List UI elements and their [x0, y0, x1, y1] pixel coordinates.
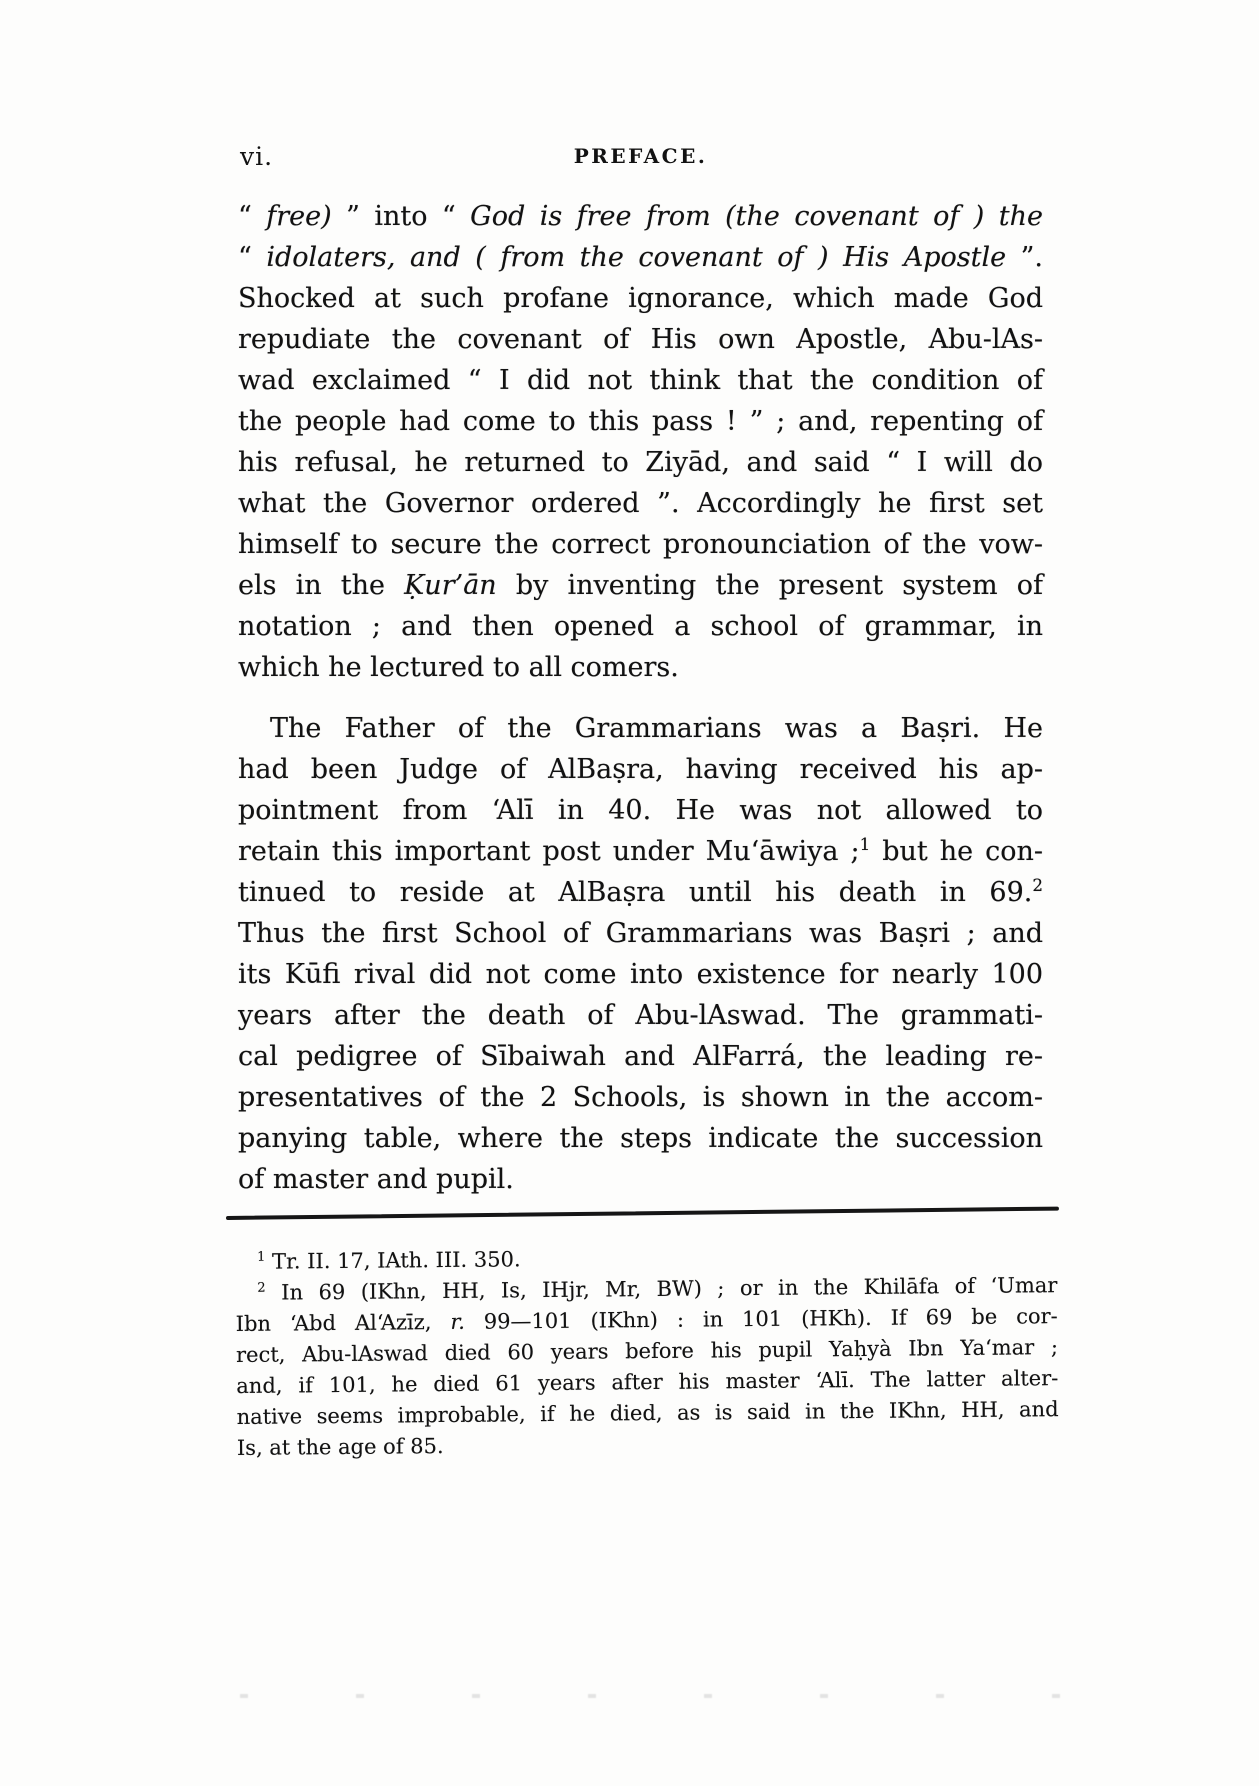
text-segment: free): [266, 201, 331, 232]
text-line: the people had come to this pass ! ” ; a…: [238, 401, 1043, 442]
text-line: Thus the first School of Grammarians was…: [238, 913, 1043, 954]
text-line: tinued to reside at AlBaṣra until his de…: [238, 872, 1043, 913]
footnote-reference: 2: [1032, 875, 1043, 895]
text-segment: panying table, where the steps indicate …: [238, 1123, 1043, 1154]
text-segment: els in the: [238, 570, 404, 601]
text-line: its Kūfi rival did not come into existen…: [238, 954, 1043, 995]
text-line: els in the Ḳur’ān by inventing the prese…: [238, 565, 1043, 606]
text-segment: 99—101 (IKhn) : in 101 (HKh). If 69 be c…: [465, 1304, 1058, 1334]
text-segment: native seems improbable, if he died, as …: [237, 1397, 1059, 1429]
text-segment: which he lectured to all comers.: [238, 652, 679, 683]
text-segment: notation ; and then opened a school of g…: [238, 611, 1043, 642]
text-line: Shocked at such profane ignorance, which…: [238, 278, 1043, 319]
text-segment: The Father of the Grammarians was a Baṣr…: [270, 713, 1043, 744]
text-segment: and, if 101, he died 61 years after his …: [236, 1366, 1058, 1398]
text-line: panying table, where the steps indicate …: [238, 1118, 1043, 1159]
text-segment: wad exclaimed “ I did not think that the…: [238, 365, 1043, 396]
bleed-through-artifact: [240, 1694, 1165, 1698]
text-line: Is, at the age of 85.: [237, 1425, 1059, 1464]
text-line: pointment from ‘Alī in 40. He was not al…: [238, 790, 1043, 831]
text-segment: its Kūfi rival did not come into existen…: [238, 959, 1043, 990]
text-line: “ free) ” into “ God is free from (the c…: [238, 196, 1043, 237]
text-segment: Thus the first School of Grammarians was…: [238, 918, 1043, 949]
text-line: which he lectured to all comers.: [238, 647, 1043, 688]
text-line: retain this important post under Mu‘āwiy…: [238, 831, 1043, 872]
footnotes: 1 Tr. II. 17, IAth. III. 350.2 In 69 (IK…: [235, 1239, 1059, 1464]
text-segment: rect, Abu-lAswad died 60 years before hi…: [236, 1335, 1058, 1367]
text-line: The Father of the Grammarians was a Baṣr…: [238, 708, 1043, 749]
paragraph: The Father of the Grammarians was a Baṣr…: [238, 708, 1043, 1200]
text-segment: of master and pupil.: [238, 1164, 514, 1195]
text-segment: ” into “: [332, 201, 471, 232]
text-segment: idolaters, and ( from the covenant of ) …: [266, 242, 1006, 273]
text-segment: presentatives of the 2 Schools, is shown…: [238, 1082, 1043, 1113]
text-line: had been Judge of AlBaṣra, having receiv…: [238, 749, 1043, 790]
text-segment: but he con-: [870, 836, 1043, 867]
text-segment: cal pedigree of Sībaiwah and AlFarrá, th…: [238, 1041, 1043, 1072]
text-segment: retain this important post under Mu‘āwiy…: [238, 836, 860, 867]
text-segment: had been Judge of AlBaṣra, having receiv…: [238, 754, 1043, 785]
text-line: what the Governor ordered ”. Accordingly…: [238, 483, 1043, 524]
text-segment: God is free from (the covenant of ) the: [470, 201, 1043, 232]
text-segment: Shocked at such profane ignorance, which…: [238, 283, 1043, 314]
text-line: cal pedigree of Sībaiwah and AlFarrá, th…: [238, 1036, 1043, 1077]
text-line: years after the death of Abu-lAswad. The…: [238, 995, 1043, 1036]
footnote-reference: 1: [860, 834, 871, 854]
text-segment: by inventing the present system of: [497, 570, 1043, 601]
scanned-book-page: vi. PREFACE. “ free) ” into “ God is fre…: [0, 0, 1259, 1786]
text-line: of master and pupil.: [238, 1159, 1043, 1200]
text-segment: the people had come to this pass ! ” ; a…: [238, 406, 1043, 437]
text-segment: “: [238, 201, 266, 232]
text-line: notation ; and then opened a school of g…: [238, 606, 1043, 647]
text-segment: “: [238, 242, 266, 273]
text-segment: In 69 (IKhn, HH, Is, IHjr, Mr, BW) ; or …: [266, 1273, 1058, 1305]
text-segment: Tr. II. 17, IAth. III. 350.: [265, 1247, 520, 1273]
text-line: presentatives of the 2 Schools, is shown…: [238, 1077, 1043, 1118]
text-segment: r.: [450, 1310, 465, 1334]
text-segment: what the Governor ordered ”. Accordingly…: [238, 488, 1043, 519]
text-line: himself to secure the correct pronouncia…: [238, 524, 1043, 565]
text-segment: himself to secure the correct pronouncia…: [238, 529, 1043, 560]
page-header: vi. PREFACE.: [238, 140, 1043, 172]
text-segment: Is, at the age of 85.: [237, 1434, 444, 1460]
text-line: “ idolaters, and ( from the covenant of …: [238, 237, 1043, 278]
body-text: “ free) ” into “ God is free from (the c…: [238, 196, 1043, 1200]
text-segment: years after the death of Abu-lAswad. The…: [238, 1000, 1043, 1031]
paragraph: 2 In 69 (IKhn, HH, Is, IHjr, Mr, BW) ; o…: [235, 1270, 1059, 1464]
text-segment: Ibn ‘Abd Al‘Azīz,: [236, 1310, 451, 1336]
text-line: repudiate the covenant of His own Apostl…: [238, 319, 1043, 360]
text-segment: ”.: [1006, 242, 1043, 273]
footnote-separator-rule: [226, 1207, 1059, 1220]
text-segment: repudiate the covenant of His own Apostl…: [238, 324, 1043, 355]
paragraph: “ free) ” into “ God is free from (the c…: [238, 196, 1043, 688]
text-segment: tinued to reside at AlBaṣra until his de…: [238, 877, 1032, 908]
text-segment: his refusal, he returned to Ziyād, and s…: [238, 447, 1043, 478]
text-line: his refusal, he returned to Ziyād, and s…: [238, 442, 1043, 483]
text-segment: pointment from ‘Alī in 40. He was not al…: [238, 795, 1043, 826]
text-line: wad exclaimed “ I did not think that the…: [238, 360, 1043, 401]
text-segment: Ḳur’ān: [404, 570, 497, 601]
page-title: PREFACE.: [238, 144, 1043, 168]
